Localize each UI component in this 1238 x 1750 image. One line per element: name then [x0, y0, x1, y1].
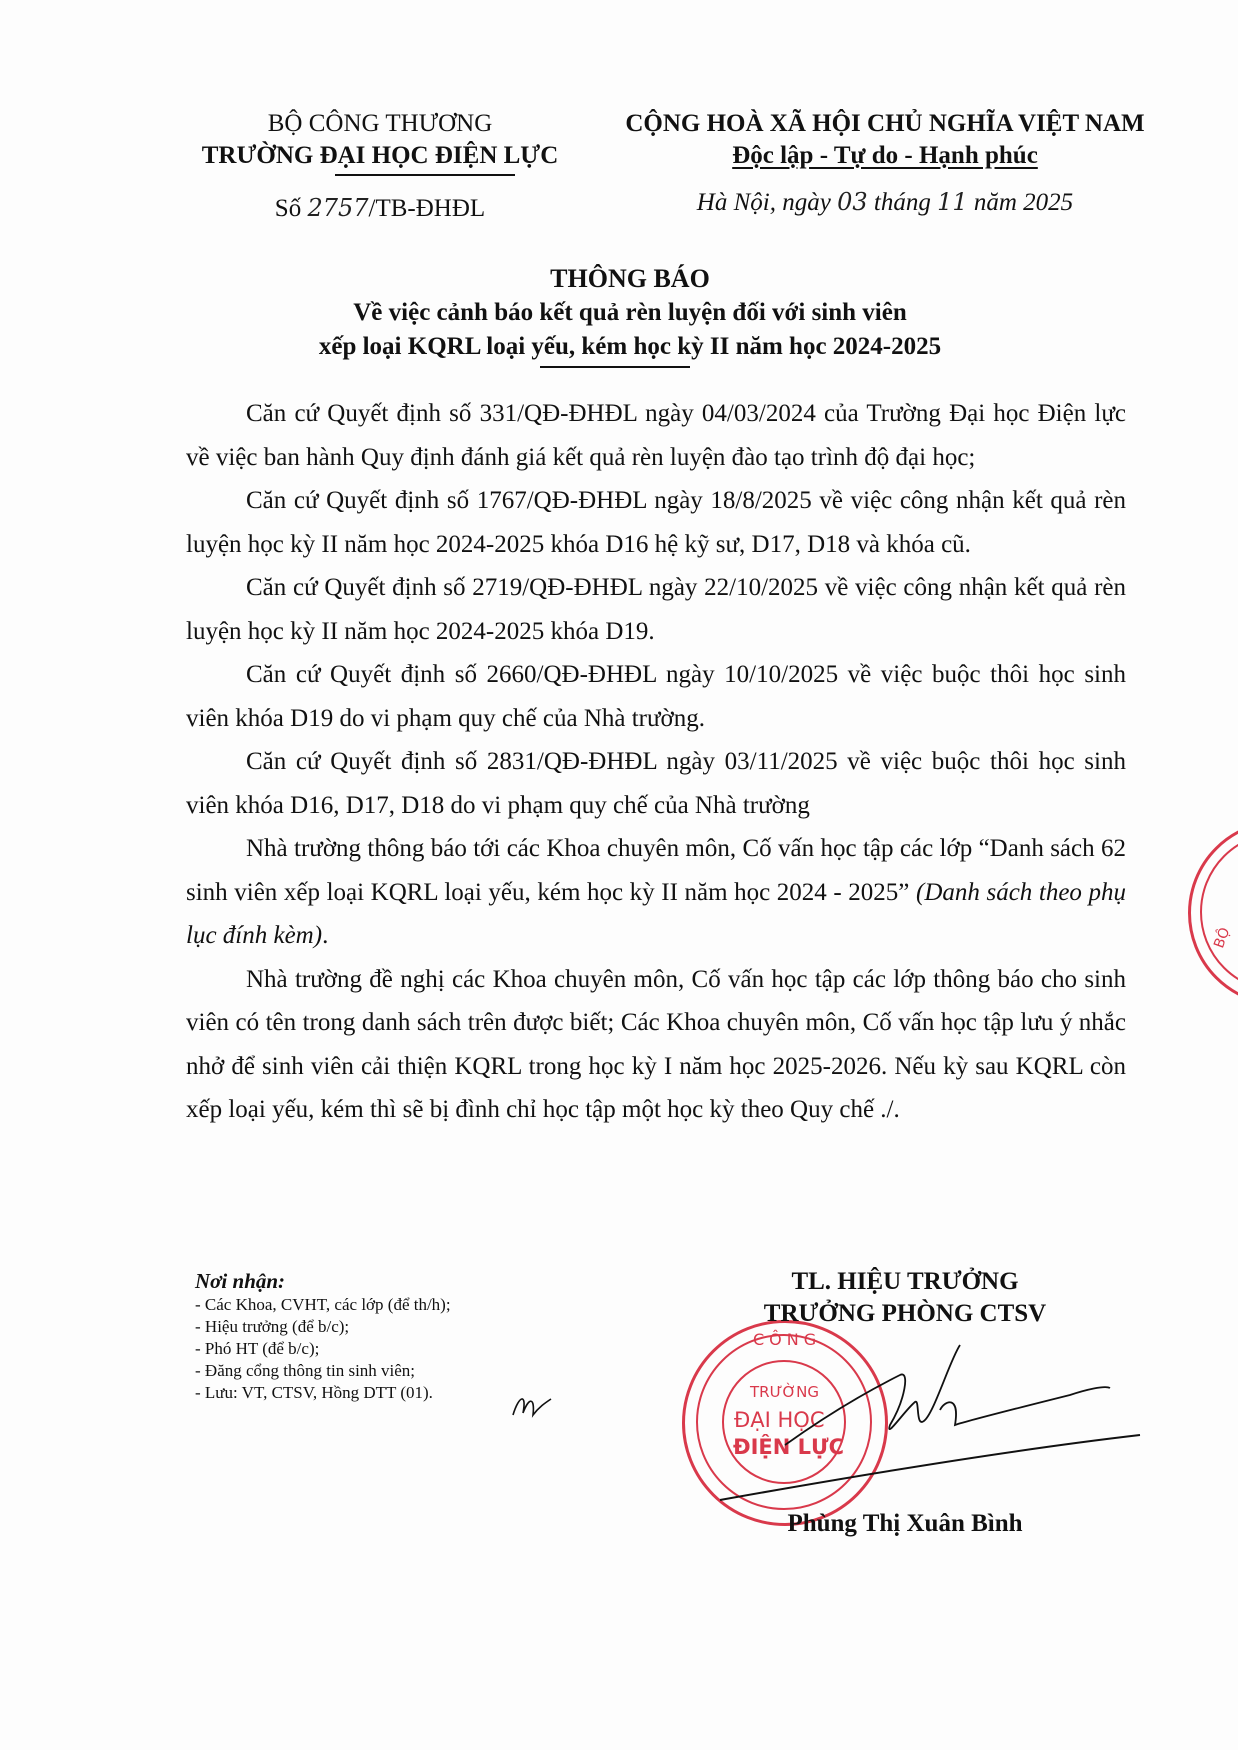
recipient-item: - Các Khoa, CVHT, các lớp (để th/h);: [195, 1294, 615, 1316]
signer-name: Phùng Thị Xuân Bình: [670, 1510, 1140, 1538]
initials-signature-icon: [505, 1385, 555, 1430]
paragraph: Căn cứ Quyết định số 2719/QĐ-ĐHĐL ngày 2…: [186, 566, 1126, 653]
paragraph: Căn cứ Quyết định số 2831/QĐ-ĐHĐL ngày 0…: [186, 740, 1126, 827]
country-name: CỘNG HOÀ XÃ HỘI CHỦ NGHĨA VIỆT NAM: [605, 108, 1165, 140]
paragraph: Nhà trường thông báo tới các Khoa chuyên…: [186, 827, 1126, 958]
reference-number: Số 2757/TB-ĐHĐL: [185, 194, 575, 223]
paragraph: Căn cứ Quyết định số 2660/QĐ-ĐHĐL ngày 1…: [186, 653, 1126, 740]
national-header: CỘNG HOÀ XÃ HỘI CHỦ NGHĨA VIỆT NAM Độc l…: [605, 108, 1165, 217]
recipient-item: - Phó HT (để b/c);: [195, 1338, 615, 1360]
national-motto: Độc lập - Tự do - Hạnh phúc: [732, 142, 1038, 169]
document-body: Căn cứ Quyết định số 331/QĐ-ĐHĐL ngày 04…: [186, 392, 1126, 1132]
document-title: THÔNG BÁO Về việc cảnh báo kết quả rèn l…: [200, 262, 1060, 368]
university-name: TRƯỜNG ĐẠI HỌC ĐIỆN LỰC: [185, 140, 575, 172]
divider: [335, 174, 515, 176]
signer-title: TRƯỞNG PHÒNG CTSV: [670, 1298, 1140, 1330]
paragraph: Căn cứ Quyết định số 331/QĐ-ĐHĐL ngày 04…: [186, 392, 1126, 479]
title-subject-2: xếp loại KQRL loại yếu, kém học kỳ II nă…: [200, 330, 1060, 364]
recipients-list: Nơi nhận: - Các Khoa, CVHT, các lớp (để …: [195, 1268, 615, 1404]
paragraph: Nhà trường đề nghị các Khoa chuyên môn, …: [186, 958, 1126, 1132]
issuer-block: BỘ CÔNG THƯƠNG TRƯỜNG ĐẠI HỌC ĐIỆN LỰC S…: [185, 108, 575, 223]
recipient-item: - Hiệu trưởng (để b/c);: [195, 1316, 615, 1338]
signer-authority: TL. HIỆU TRƯỞNG: [670, 1266, 1140, 1298]
handwritten-signature-icon: [710, 1340, 1150, 1510]
recipient-item: - Đăng cổng thông tin sinh viên;: [195, 1360, 615, 1382]
issue-date: Hà Nội, ngày 03 tháng 11 năm 2025: [605, 188, 1165, 217]
title-subject-1: Về việc cảnh báo kết quả rèn luyện đối v…: [200, 296, 1060, 330]
handwritten-number: 2757: [307, 194, 368, 222]
ministry-name: BỘ CÔNG THƯƠNG: [185, 108, 575, 140]
recipients-heading: Nơi nhận:: [195, 1268, 615, 1294]
paragraph: Căn cứ Quyết định số 1767/QĐ-ĐHĐL ngày 1…: [186, 479, 1126, 566]
title-heading: THÔNG BÁO: [200, 262, 1060, 296]
divider: [540, 366, 690, 368]
